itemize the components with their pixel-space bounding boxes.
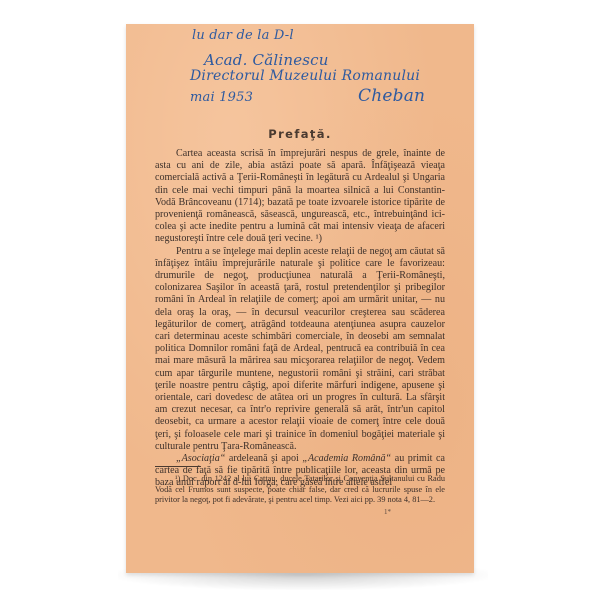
asociatia-quote: „Asociaţia“ — [176, 453, 225, 464]
footnote-rule — [155, 466, 201, 467]
signature-mark: 1* — [384, 508, 391, 516]
book-page: lu dar de la D-l Acad. Călinescu Directo… — [126, 24, 474, 573]
handwritten-signature: Cheban — [358, 86, 425, 106]
footnote-text: ¹) Doc. din 1242 al lui Cattau, ducele T… — [155, 474, 445, 506]
preface-body: Cartea aceasta scrisă în împrejurări nes… — [155, 148, 445, 490]
footnote: ¹) Doc. din 1242 al lui Cattau, ducele T… — [155, 474, 445, 506]
handwritten-dedication-line-1: lu dar de la D-l — [192, 28, 294, 43]
paragraph-3-text-a: ardeleană şi apoi — [225, 453, 302, 464]
paragraph-2: Pentru a se înţelege mai deplin aceste r… — [155, 246, 445, 453]
handwritten-date: mai 1953 — [190, 90, 253, 105]
academia-quote: „Academia Română“ — [302, 453, 391, 464]
paragraph-1: Cartea aceasta scrisă în împrejurări nes… — [155, 148, 445, 246]
page-title: Prefaţă. — [126, 127, 474, 141]
handwritten-dedication-line-2: Acad. Călinescu — [204, 51, 329, 69]
handwritten-dedication-line-3: Directorul Muzeului Romanului — [190, 68, 420, 84]
